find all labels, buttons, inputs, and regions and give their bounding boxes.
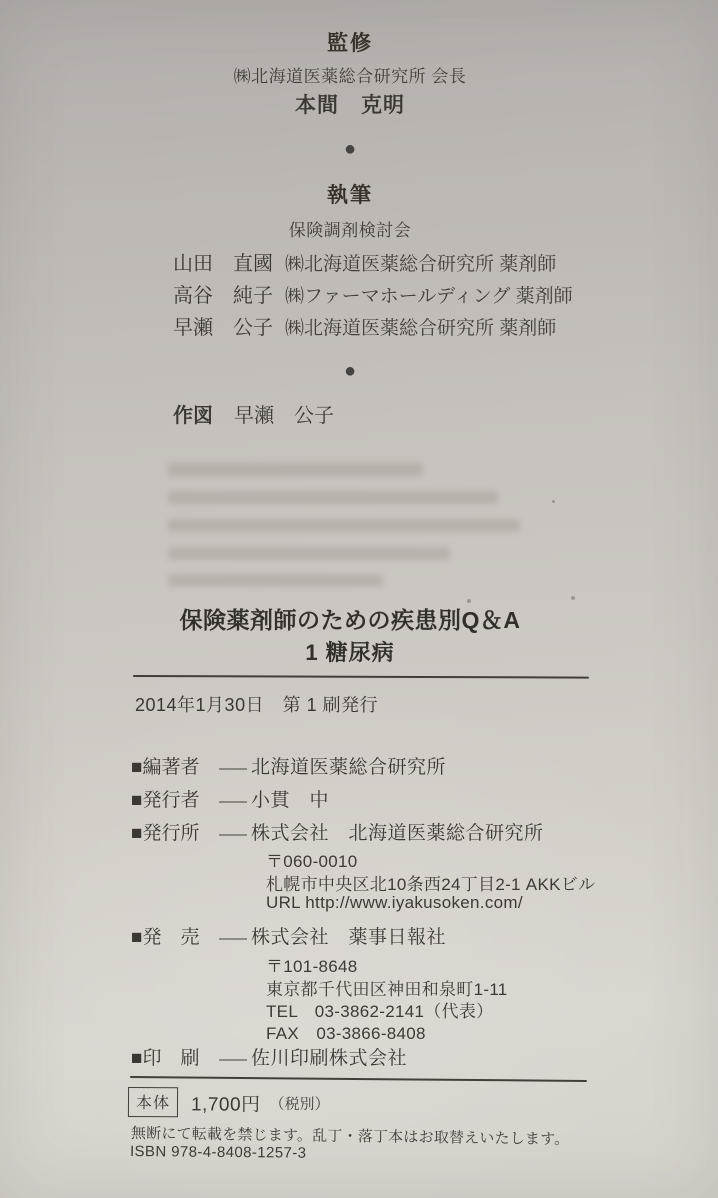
illustration-label: 作図: [173, 399, 213, 428]
pub-row-value: 北海道医薬総合研究所: [251, 752, 446, 779]
pub-row-value: 佐川印刷株式会社: [251, 1043, 407, 1070]
divider-rule: [133, 675, 589, 679]
pub-row-publishing-office: ■発行所 —— 株式会社 北海道医薬総合研究所: [131, 818, 544, 845]
pub-row-dash: ——: [213, 826, 251, 843]
edition-date: 2014年1月30日 第 1 刷発行: [135, 691, 378, 717]
paper-speck: [571, 596, 575, 600]
pub-row-label: ■発行所: [131, 818, 213, 845]
pub-row-label: ■編著者: [131, 752, 213, 779]
author-row: 山田 直國 ㈱北海道医薬総合研究所 薬剤師: [173, 247, 556, 276]
illustrator-name: 早瀬 公子: [234, 399, 334, 428]
pub-row-editor: ■編著者 —— 北海道医薬総合研究所: [131, 752, 446, 779]
price-row: 本体 1,700円 （税別）: [128, 1087, 330, 1118]
pub-row-publisher-person: ■発行者 —— 小貫 中: [131, 785, 329, 812]
author-name: 早瀬 公子: [173, 311, 285, 340]
author-row: 高谷 純子 ㈱ファーマホールディング 薬剤師: [173, 279, 573, 308]
pub-detail-line: URL http://www.iyakusoken.com/: [266, 893, 523, 913]
paper-speck: [552, 500, 555, 503]
book-title: 保険薬剤師のための疾患別Q＆A: [40, 602, 660, 635]
pub-row-value: 小貫 中: [251, 785, 329, 812]
section-bullet: ●: [40, 139, 660, 159]
pub-detail-line: 〒060-0010: [266, 847, 358, 872]
author-name: 高谷 純子: [173, 279, 285, 308]
pub-row-dash: ——: [213, 930, 251, 947]
pub-row-printer: ■印 刷 —— 佐川印刷株式会社: [131, 1043, 407, 1070]
writing-heading: 執筆: [40, 179, 660, 209]
section-bullet: ●: [40, 361, 660, 381]
pub-detail-line: 〒101-8648: [266, 952, 358, 977]
pub-detail-line: FAX 03-3866-8408: [266, 1019, 426, 1044]
price-amount: 1,700円: [191, 1089, 261, 1116]
author-row: 早瀬 公子 ㈱北海道医薬総合研究所 薬剤師: [173, 311, 556, 340]
pub-row-value: 株式会社 北海道医薬総合研究所: [251, 818, 544, 845]
pub-detail-line: 札幌市中央区北10条西24丁目2-1 AKKビル: [266, 870, 595, 895]
supervision-heading: 監修: [40, 27, 660, 57]
writing-group: 保険調剤検討会: [40, 216, 660, 241]
showthrough-ghost-line: [168, 519, 520, 532]
pub-row-label: ■発 売: [131, 922, 213, 949]
author-affiliation: ㈱北海道医薬総合研究所 薬剤師: [285, 249, 556, 276]
price-tax-note: （税別）: [270, 1092, 330, 1113]
pub-row-dash: ——: [213, 760, 251, 777]
pub-row-label: ■印 刷: [131, 1043, 213, 1070]
showthrough-ghost-line: [168, 547, 450, 560]
pub-row-value: 株式会社 薬事日報社: [251, 922, 446, 949]
supervisor-name: 本間 克明: [40, 89, 660, 119]
pub-row-label: ■発行者: [131, 785, 213, 812]
pub-row-distributor: ■発 売 —— 株式会社 薬事日報社: [131, 922, 446, 949]
book-subtitle: 1 糖尿病: [40, 636, 660, 667]
showthrough-ghost-line: [168, 574, 383, 587]
showthrough-ghost-line: [168, 463, 423, 476]
isbn: ISBN 978-4-8408-1257-3: [130, 1143, 307, 1162]
illustration-credit-row: 作図 早瀬 公子: [173, 399, 334, 428]
supervision-affiliation: ㈱北海道医薬総合研究所 会長: [40, 62, 660, 87]
showthrough-ghost-line: [168, 491, 498, 504]
author-affiliation: ㈱ファーマホールディング 薬剤師: [285, 281, 573, 308]
pub-row-dash: ——: [213, 793, 251, 810]
author-name: 山田 直國: [173, 247, 285, 276]
colophon-page-photo: 監修 ㈱北海道医薬総合研究所 会長 本間 克明 ● 執筆 保険調剤検討会 山田 …: [0, 0, 718, 1198]
divider-rule: [130, 1076, 587, 1082]
price-box-label: 本体: [128, 1087, 178, 1117]
pub-row-dash: ——: [213, 1051, 251, 1068]
author-affiliation: ㈱北海道医薬総合研究所 薬剤師: [285, 313, 556, 340]
